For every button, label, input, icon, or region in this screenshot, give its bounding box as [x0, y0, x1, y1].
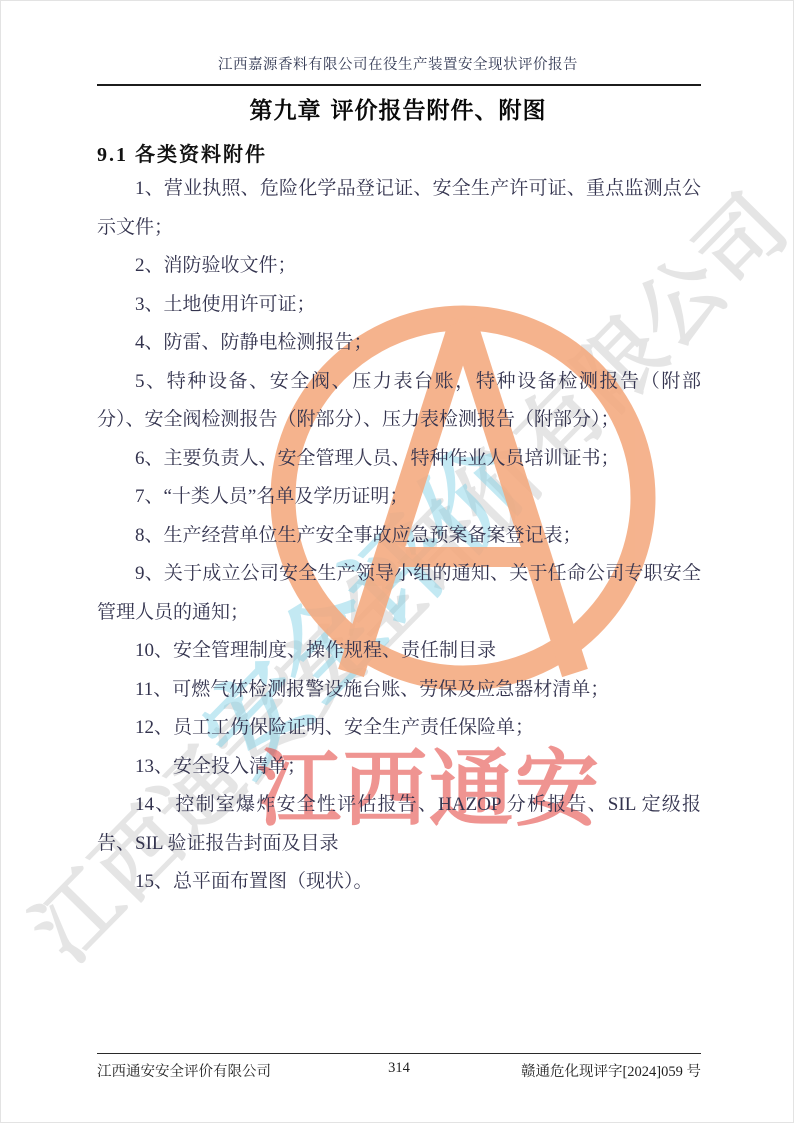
list-item: 13、安全投入清单； [97, 748, 701, 787]
running-header-title: 江西嘉源香料有限公司在役生产装置安全现状评价报告 [1, 53, 794, 74]
list-item: 9、关于成立公司安全生产领导小组的通知、关于任命公司专职安全管理人员的通知； [97, 555, 701, 632]
list-item: 6、主要负责人、安全管理人员、特种作业人员培训证书； [97, 440, 701, 479]
list-item: 15、总平面布置图（现状）。 [97, 863, 701, 902]
list-item: 4、防雷、防静电检测报告； [97, 324, 701, 363]
header-rule [97, 84, 701, 86]
section-title: 9.1 各类资料附件 [97, 138, 267, 167]
chapter-title: 第九章 评价报告附件、附图 [1, 92, 794, 125]
list-item: 10、安全管理制度、操作规程、责任制目录 [97, 632, 701, 671]
footer-company: 江西通安安全评价有限公司 [97, 1060, 271, 1081]
list-item: 11、可燃气体检测报警设施台账、劳保及应急器材清单； [97, 671, 701, 710]
footer-rule [97, 1053, 701, 1054]
list-item: 2、消防验收文件； [97, 247, 701, 286]
list-item: 14、控制室爆炸安全性评估报告、HAZOP 分析报告、SIL 定级报告、SIL … [97, 786, 701, 863]
list-item: 7、“十类人员”名单及学历证明； [97, 478, 701, 517]
list-item: 8、生产经营单位生产安全事故应急预案备案登记表； [97, 517, 701, 556]
attachment-list: 1、营业执照、危险化学品登记证、安全生产许可证、重点监测点公示文件； 2、消防验… [97, 170, 701, 902]
list-item: 1、营业执照、危险化学品登记证、安全生产许可证、重点监测点公示文件； [97, 170, 701, 247]
page-footer: 314 江西通安安全评价有限公司 赣通危化现评字[2024]059 号 [97, 1060, 701, 1081]
footer-doc-number: 赣通危化现评字[2024]059 号 [521, 1060, 701, 1081]
list-item: 3、土地使用许可证； [97, 286, 701, 325]
list-item: 5、特种设备、安全阀、压力表台账，特种设备检测报告（附部分）、安全阀检测报告（附… [97, 363, 701, 440]
report-page: 江西通安安全评价有限公司 安全评价 江西通安 江西嘉源香料有限公司在役生产装置安… [0, 0, 794, 1123]
list-item: 12、员工工伤保险证明、安全生产责任保险单； [97, 709, 701, 748]
